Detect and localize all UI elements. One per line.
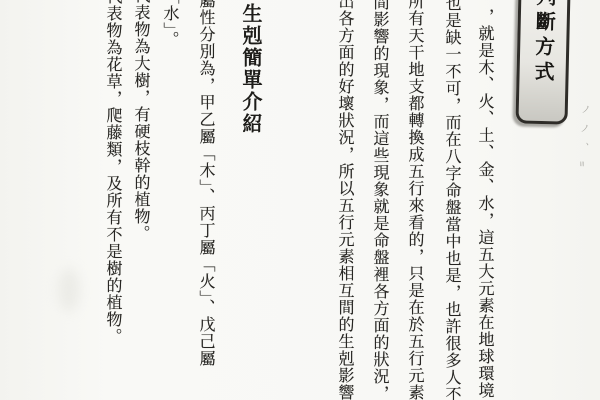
text-column-4: 間影響的現象，而這些現象就是命盤裡各方面的狀況， [371, 0, 387, 400]
chapter-tab-label: 判斷方式 [528, 0, 559, 86]
text-column-1: 一，就是木、火、土、金、水，這五大元素在地球環境 [476, 0, 492, 399]
chapter-tab: 判斷方式 [515, 0, 570, 125]
text-column-8: 代表物為大樹，有硬枝幹的植物。 [132, 0, 148, 242]
text-column-5: 出各方面的好壞狀況，所以五行元素相互間的生剋影響 [336, 0, 352, 400]
scan-smudge [58, 268, 80, 312]
text-column-3: 所有天干地支都轉換成五行來看的，只是在於五行元素 [406, 0, 422, 400]
section-heading: 生剋簡單介紹 [236, 3, 265, 135]
text-column-7: 「水」。 [161, 0, 177, 48]
text-column-9: 代表物為花草，爬藤類，及所有不是樹的植物。 [104, 0, 120, 345]
text-column-2: 也是缺一不可，而在八字命盤當中也是，也許很多人不 [443, 0, 459, 400]
text-column-6: 屬性分別為，甲乙屬「木」、丙丁屬「火」、戊己屬 [197, 0, 213, 367]
margin-pencil-marks: ノノ、≡ [573, 104, 592, 176]
scanned-book-page: 判斷方式 ノノ、≡ 一，就是木、火、土、金、水，這五大元素在地球環境 也是缺一不… [0, 0, 600, 400]
